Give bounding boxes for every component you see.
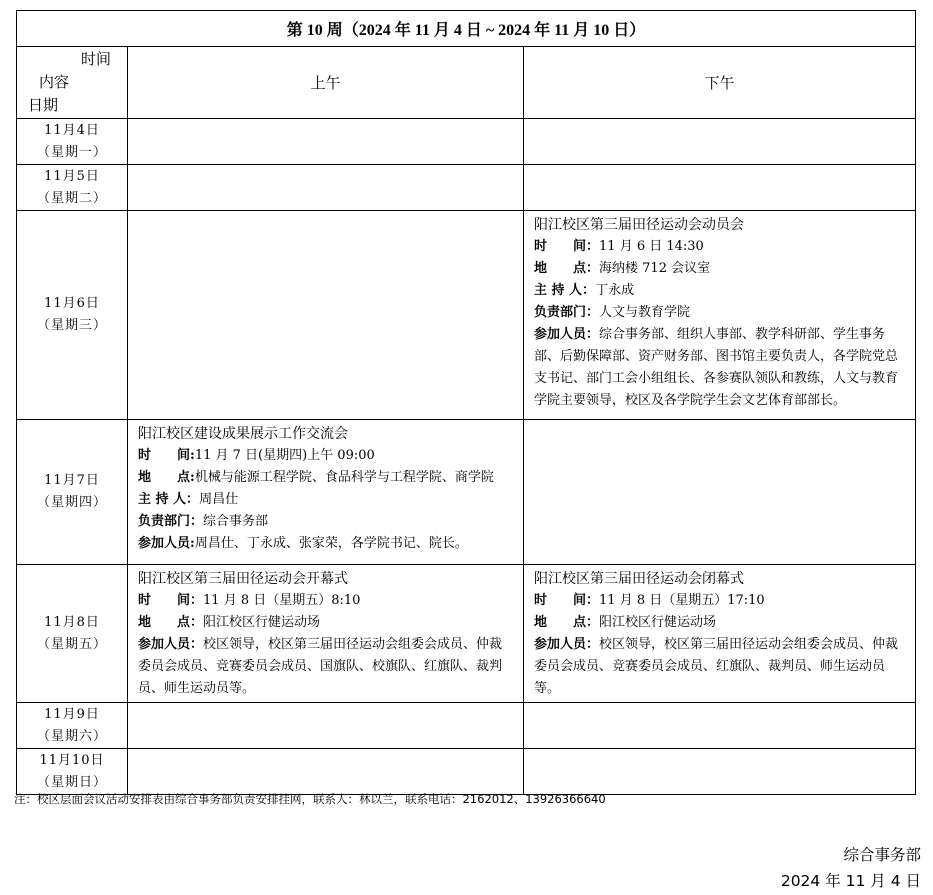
- event-title: 阳江校区第三届田径运动会开幕式: [138, 568, 513, 590]
- day-row-tuesday: 11月5日 （星期二）: [17, 165, 916, 211]
- event-field-department: 负责部门：人文与教育学院: [534, 302, 905, 324]
- day-row-thursday: 11月7日 （星期四） 阳江校区建设成果展示工作交流会 时 间:11 月 7 日…: [17, 420, 916, 565]
- date-label: 11月8日: [17, 612, 127, 634]
- afternoon-event-cell: 阳江校区第三届田径运动会动员会 时 间：11 月 6 日 14:30 地 点：海…: [524, 211, 916, 420]
- event-field-attendees: 参加人员：综合事务部、组织人事部、教学科研部、学生事务部、后勤保障部、资产财务部…: [534, 324, 905, 412]
- date-cell: 11月7日 （星期四）: [17, 420, 128, 565]
- event-title: 阳江校区第三届田径运动会闭幕式: [534, 568, 905, 590]
- date-cell: 11月8日 （星期五）: [17, 565, 128, 703]
- afternoon-event-cell: 阳江校区第三届田径运动会闭幕式 时 间：11 月 8 日（星期五）17:10 地…: [524, 565, 916, 703]
- morning-cell-empty: [128, 119, 524, 165]
- weekly-schedule-table: 第 10 周（2024 年 11 月 4 日 ~ 2024 年 11 月 10 …: [16, 10, 916, 795]
- morning-event-cell: 阳江校区第三届田径运动会开幕式 时 间：11 月 8 日（星期五）8:10 地 …: [128, 565, 524, 703]
- morning-cell-empty: [128, 165, 524, 211]
- event-field-location: 地 点：阳江校区行健运动场: [138, 612, 513, 634]
- date-cell: 11月10日 （星期日）: [17, 749, 128, 795]
- date-label: 11月4日: [17, 120, 127, 142]
- event-field-attendees: 参加人员：校区领导，校区第三届田径运动会组委会成员、仲裁委员会成员、竞赛委员会成…: [138, 634, 513, 700]
- weekday-label: （星期二）: [17, 188, 127, 210]
- weekday-label: （星期六）: [17, 726, 127, 748]
- header-afternoon: 下午: [524, 47, 916, 119]
- date-cell: 11月4日 （星期一）: [17, 119, 128, 165]
- day-row-wednesday: 11月6日 （星期三） 阳江校区第三届田径运动会动员会 时 间：11 月 6 日…: [17, 211, 916, 420]
- weekday-label: （星期四）: [17, 492, 127, 514]
- event-field-location: 地 点:机械与能源工程学院、食品科学与工程学院、商学院: [138, 467, 513, 489]
- header-label-content: 内容: [39, 73, 69, 91]
- day-row-saturday: 11月9日 （星期六）: [17, 703, 916, 749]
- date-label: 11月9日: [17, 704, 127, 726]
- event-closing-ceremony: 阳江校区第三届田径运动会闭幕式 时 间：11 月 8 日（星期五）17:10 地…: [524, 565, 915, 702]
- date-label: 11月10日: [17, 750, 127, 772]
- date-cell: 11月5日 （星期二）: [17, 165, 128, 211]
- event-mobilization-meeting: 阳江校区第三届田径运动会动员会 时 间：11 月 6 日 14:30 地 点：海…: [524, 211, 915, 414]
- morning-cell-empty: [128, 703, 524, 749]
- schedule-title: 第 10 周（2024 年 11 月 4 日 ~ 2024 年 11 月 10 …: [17, 11, 916, 47]
- weekday-label: （星期一）: [17, 142, 127, 164]
- afternoon-cell-empty: [524, 119, 916, 165]
- date-label: 11月7日: [17, 470, 127, 492]
- event-field-time: 时 间：11 月 8 日（星期五）17:10: [534, 590, 905, 612]
- date-label: 11月6日: [17, 293, 127, 315]
- event-field-host: 主 持 人：周昌仕: [138, 489, 513, 511]
- signature-org: 综合事务部: [843, 843, 921, 865]
- date-cell: 11月9日 （星期六）: [17, 703, 128, 749]
- event-field-attendees: 参加人员：校区领导，校区第三届田径运动会组委会成员、仲裁委员会成员、竞赛委员会成…: [534, 634, 905, 700]
- event-field-time: 时 间：11 月 8 日（星期五）8:10: [138, 590, 513, 612]
- event-construction-exchange-meeting: 阳江校区建设成果展示工作交流会 时 间:11 月 7 日(星期四)上午 09:0…: [128, 420, 523, 557]
- morning-event-cell: 阳江校区建设成果展示工作交流会 时 间:11 月 7 日(星期四)上午 09:0…: [128, 420, 524, 565]
- event-title: 阳江校区第三届田径运动会动员会: [534, 214, 905, 236]
- day-row-sunday: 11月10日 （星期日）: [17, 749, 916, 795]
- event-field-time: 时 间:11 月 7 日(星期四)上午 09:00: [138, 445, 513, 467]
- column-header-row: 时间 内容 日期 上午 下午: [17, 47, 916, 119]
- event-opening-ceremony: 阳江校区第三届田径运动会开幕式 时 间：11 月 8 日（星期五）8:10 地 …: [128, 565, 523, 702]
- day-row-monday: 11月4日 （星期一）: [17, 119, 916, 165]
- footnote: 注：校区层面会议活动安排表由综合事务部负责安排挂网，联系人：林以兰，联系电话：2…: [14, 791, 606, 807]
- morning-cell-empty: [128, 211, 524, 420]
- afternoon-cell-empty: [524, 165, 916, 211]
- header-label-date: 日期: [28, 96, 58, 114]
- event-field-time: 时 间：11 月 6 日 14:30: [534, 236, 905, 258]
- event-field-host: 主 持 人：丁永成: [534, 280, 905, 302]
- day-row-friday: 11月8日 （星期五） 阳江校区第三届田径运动会开幕式 时 间：11 月 8 日…: [17, 565, 916, 703]
- weekday-label: （星期五）: [17, 634, 127, 656]
- signature-date: 2024 年 11 月 4 日: [781, 869, 921, 891]
- date-label: 11月5日: [17, 166, 127, 188]
- afternoon-cell-empty: [524, 703, 916, 749]
- afternoon-cell-empty: [524, 420, 916, 565]
- header-morning: 上午: [128, 47, 524, 119]
- event-field-location: 地 点：阳江校区行健运动场: [534, 612, 905, 634]
- morning-cell-empty: [128, 749, 524, 795]
- event-title: 阳江校区建设成果展示工作交流会: [138, 423, 513, 445]
- diagonal-header-cell: 时间 内容 日期: [17, 47, 128, 119]
- afternoon-cell-empty: [524, 749, 916, 795]
- date-cell: 11月6日 （星期三）: [17, 211, 128, 420]
- weekday-label: （星期三）: [17, 315, 127, 337]
- event-field-attendees: 参加人员:周昌仕、丁永成、张家荣，各学院书记、院长。: [138, 533, 513, 555]
- header-label-time: 时间: [81, 50, 111, 68]
- event-field-location: 地 点：海纳楼 712 会议室: [534, 258, 905, 280]
- event-field-department: 负责部门：综合事务部: [138, 511, 513, 533]
